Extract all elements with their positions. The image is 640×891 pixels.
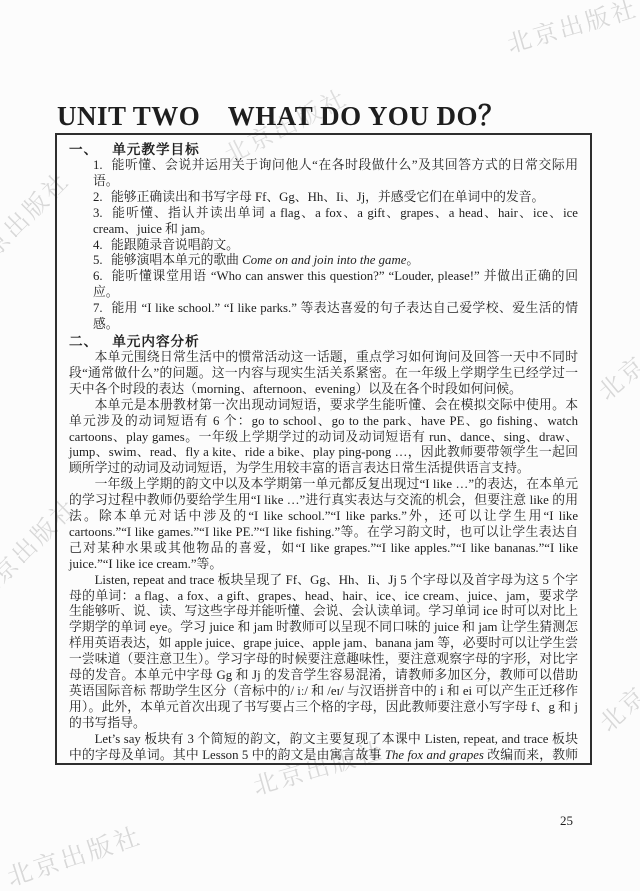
item-number: 4. [93,238,111,254]
objectives-list: 1.能听懂、会说并运用关于询问他人“在各时段做什么”及其回答方式的日常交际用语。… [69,158,578,333]
section-title: 单元教学目标 [112,142,200,157]
section-number: 一、 [69,142,98,157]
item-number: 1. [93,158,111,174]
objective-item: 5.能够演唱本单元的歌曲 Come on and join into the g… [93,253,578,269]
analysis-paragraph: 本单元是本册教材第一次出现动词短语，要求学生能听懂、会在模拟交际中使用。本单元涉… [69,398,578,478]
objective-item: 6.能听懂课堂用语 “Who can answer this question?… [93,269,578,301]
item-number: 2. [93,190,111,206]
analysis-paragraph: 一年级上学期的韵文中以及本学期第一单元都反复出现过“I like …”的表达，在… [69,477,578,572]
item-text: 能够演唱本单元的歌曲 Come on and join into the gam… [111,253,419,267]
watermark-bottom-left: 北京出版社 [2,816,146,891]
item-text: 能听懂课堂用语 “Who can answer this question?” … [93,269,578,299]
section-heading-analysis: 二、单元内容分析 [69,333,578,350]
item-text: 能够正确读出和书写字母 Ff、Gg、Hh、Ii、Jj，并感受它们在单词中的发音。 [111,190,544,204]
item-number: 5. [93,253,111,269]
objective-item: 4.能跟随录音说唱韵文。 [93,238,578,254]
item-text: 能跟随录音说唱韵文。 [111,238,239,252]
item-number: 6. [93,269,111,285]
objective-item: 3.能听懂、指认并读出单词 a flag、a fox、a gift、grapes… [93,206,578,238]
objective-item: 7.能用 “I like school.” “I like parks.” 等表… [93,301,578,333]
item-text: 能用 “I like school.” “I like parks.” 等表达喜… [93,301,578,331]
section-heading-objectives: 一、单元教学目标 [69,141,578,158]
analysis-paragraph: Listen, repeat and trace 板块呈现了 Ff、Gg、Hh、… [69,573,578,732]
analysis-paragraph: 本单元围绕日常生活中的惯常活动这一话题，重点学习如何询问及回答一天中不同时段“通… [69,350,578,398]
section-number: 二、 [69,334,98,349]
page-number: 25 [560,813,573,829]
watermark-right-middle: 北京出版社 [589,293,640,407]
watermark-right-lower: 北京出版社 [590,622,640,738]
objective-item: 1.能听懂、会说并运用关于询问他人“在各时段做什么”及其回答方式的日常交际用语。 [93,158,578,190]
objective-item: 2.能够正确读出和书写字母 Ff、Gg、Hh、Ii、Jj，并感受它们在单词中的发… [93,190,578,206]
content-box: 一、单元教学目标 1.能听懂、会说并运用关于询问他人“在各时段做什么”及其回答方… [55,133,592,765]
page-title: UNIT TWO WHAT DO YOU DO？ [57,94,506,133]
section-title: 单元内容分析 [112,334,200,349]
item-number: 7. [93,301,111,317]
item-number: 3. [93,206,111,222]
analysis-paragraph: Let’s say 板块有 3 个简短的韵文，韵文主要复现了本课中 Listen… [69,732,578,765]
item-text: 能听懂、会说并运用关于询问他人“在各时段做什么”及其回答方式的日常交际用语。 [93,158,578,188]
item-text: 能听懂、指认并读出单词 a flag、a fox、a gift、grapes、a… [93,206,578,236]
watermark-top-right: 北京出版社 [502,0,640,59]
